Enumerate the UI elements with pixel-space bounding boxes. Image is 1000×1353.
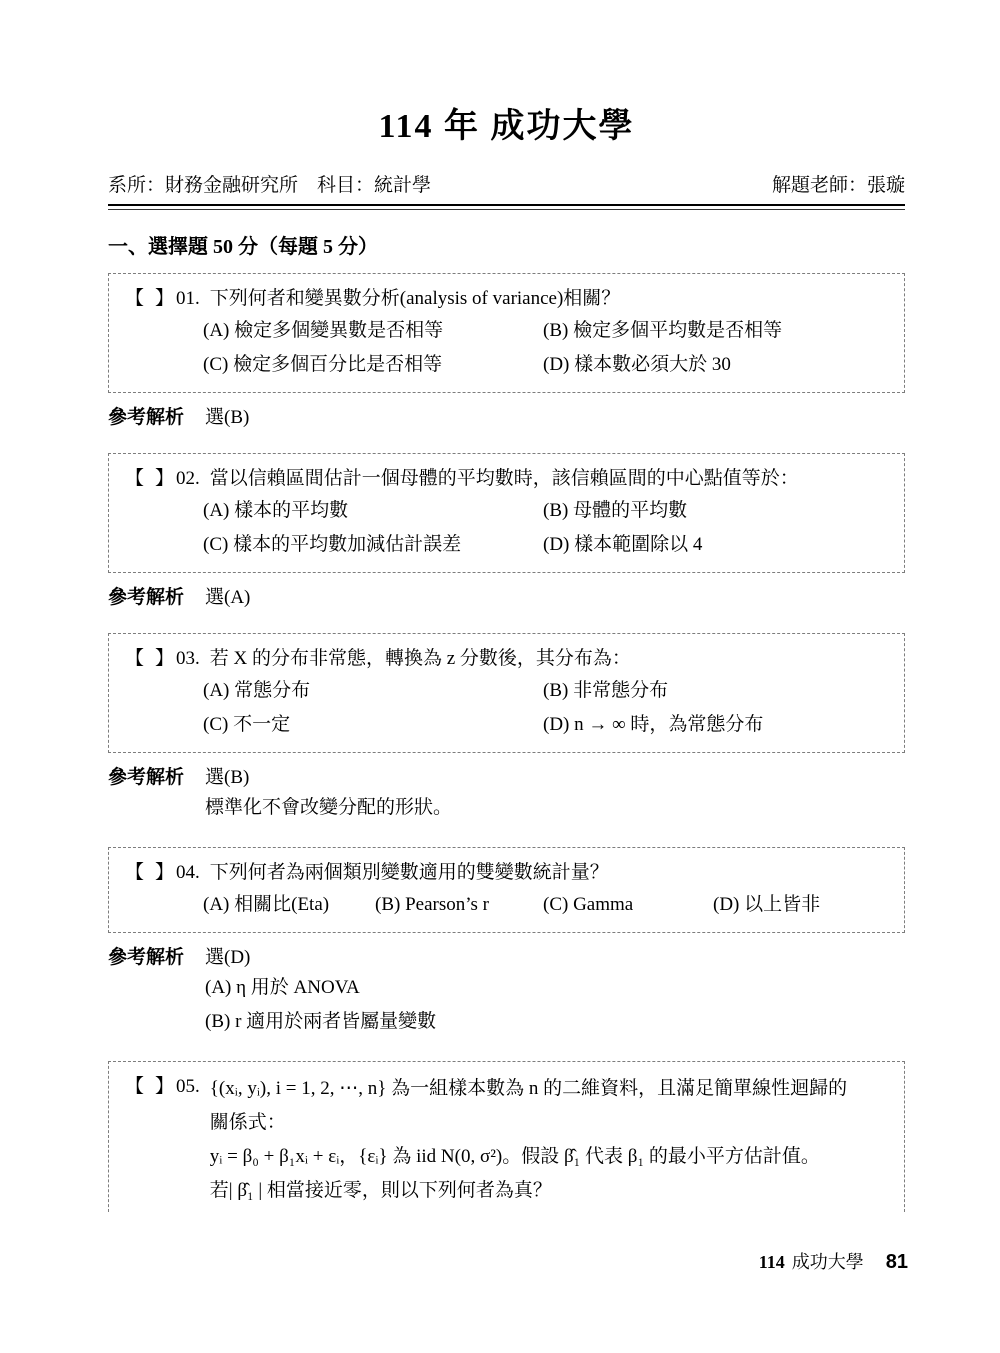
question-number: 05. bbox=[176, 1072, 200, 1208]
analysis-answer: 選(D) bbox=[205, 944, 905, 971]
analysis-note: (B) r 適用於兩者皆屬量變數 bbox=[205, 1005, 905, 1039]
option-b: (B) 非常態分布 bbox=[543, 674, 888, 708]
option-a: (A) 檢定多個變異數是否相等 bbox=[203, 314, 543, 348]
question-number: 01. bbox=[176, 284, 200, 314]
question-box-02: 【 】 02. 當以信賴區間估計一個母體的平均數時，該信賴區間的中心點值等於： … bbox=[108, 453, 905, 573]
option-c: (C) 樣本的平均數加減估計誤差 bbox=[203, 528, 543, 562]
question-03-options: (A) 常態分布 (B) 非常態分布 (C) 不一定 (D) n → ∞ 時，為… bbox=[203, 674, 888, 742]
option-b: (B) Pearson’s r bbox=[375, 888, 543, 922]
question-04-line: 【 】 04. 下列何者為兩個類別變數適用的雙變數統計量？ bbox=[125, 858, 888, 888]
answer-bracket: 【 】 bbox=[125, 644, 170, 674]
option-d: (D) 以上皆非 bbox=[713, 888, 888, 922]
question-text-line-4: 若| β̂₁ | 相當接近零，則以下列何者為真？ bbox=[210, 1174, 888, 1208]
question-01-options: (A) 檢定多個變異數是否相等 (B) 檢定多個平均數是否相等 (C) 檢定多個… bbox=[203, 314, 888, 382]
question-02-options: (A) 樣本的平均數 (B) 母體的平均數 (C) 樣本的平均數加減估計誤差 (… bbox=[203, 494, 888, 562]
analysis-answer: 選(B) bbox=[205, 764, 905, 791]
answer-bracket: 【 】 bbox=[125, 1072, 170, 1208]
answer-bracket: 【 】 bbox=[125, 858, 170, 888]
analysis-body: 選(B) 標準化不會改變分配的形狀。 bbox=[205, 764, 905, 825]
analysis-body: 選(A) bbox=[205, 584, 905, 611]
option-c: (C) Gamma bbox=[543, 888, 713, 922]
meta-solver-teacher: 解題老師：張璇 bbox=[772, 173, 905, 199]
question-04-options: (A) 相關比(Eta) (B) Pearson’s r (C) Gamma (… bbox=[203, 888, 888, 922]
question-box-03: 【 】 03. 若 X 的分布非常態，轉換為 z 分數後，其分布為： (A) 常… bbox=[108, 633, 905, 753]
option-c: (C) 不一定 bbox=[203, 708, 543, 742]
question-text: 下列何者為兩個類別變數適用的雙變數統計量？ bbox=[210, 858, 888, 888]
footer-volume: 114 bbox=[759, 1252, 785, 1272]
question-formula-line: yᵢ = β₀ + β₁xᵢ + εᵢ，{εᵢ} 為 iid N(0, σ²)。… bbox=[210, 1140, 888, 1174]
answer-bracket: 【 】 bbox=[125, 464, 170, 494]
option-a: (A) 樣本的平均數 bbox=[203, 494, 543, 528]
section-heading: 一、選擇題 50 分（每題 5 分） bbox=[108, 234, 905, 261]
question-text: {(xᵢ, yᵢ), i = 1, 2, ⋯, n} 為一組樣本數為 n 的二維… bbox=[210, 1072, 888, 1208]
option-d: (D) 樣本數必須大於 30 bbox=[543, 348, 888, 382]
question-number: 03. bbox=[176, 644, 200, 674]
question-05-line: 【 】 05. {(xᵢ, yᵢ), i = 1, 2, ⋯, n} 為一組樣本… bbox=[125, 1072, 888, 1208]
analysis-note: (A) η 用於 ANOVA bbox=[205, 971, 905, 1005]
analysis-04: 參考解析 選(D) (A) η 用於 ANOVA (B) r 適用於兩者皆屬量變… bbox=[108, 944, 905, 1039]
analysis-01: 參考解析 選(B) bbox=[108, 404, 905, 431]
question-02-line: 【 】 02. 當以信賴區間估計一個母體的平均數時，該信賴區間的中心點值等於： bbox=[125, 464, 888, 494]
analysis-body: 選(B) bbox=[205, 404, 905, 431]
option-b: (B) 母體的平均數 bbox=[543, 494, 888, 528]
analysis-answer: 選(A) bbox=[205, 584, 905, 611]
divider-thick-line bbox=[108, 204, 905, 206]
question-text: 當以信賴區間估計一個母體的平均數時，該信賴區間的中心點值等於： bbox=[210, 464, 888, 494]
question-text-line-1: {(xᵢ, yᵢ), i = 1, 2, ⋯, n} 為一組樣本數為 n 的二維… bbox=[210, 1072, 888, 1106]
question-text-line-2: 關係式： bbox=[210, 1106, 888, 1140]
option-c: (C) 檢定多個百分比是否相等 bbox=[203, 348, 543, 382]
footer-school: 成功大學 bbox=[792, 1252, 864, 1272]
footer-page-number: 81 bbox=[886, 1251, 908, 1273]
analysis-label: 參考解析 bbox=[108, 584, 205, 611]
page-footer: 114成功大學81 bbox=[759, 1250, 908, 1274]
analysis-03: 參考解析 選(B) 標準化不會改變分配的形狀。 bbox=[108, 764, 905, 825]
meta-department-subject: 系所：財務金融研究所 科目：統計學 bbox=[108, 173, 431, 199]
exam-page-content: 114 年 成功大學 系所：財務金融研究所 科目：統計學 解題老師：張璇 一、選… bbox=[108, 0, 905, 1212]
question-01-line: 【 】 01. 下列何者和變異數分析(analysis of variance)… bbox=[125, 284, 888, 314]
question-text: 下列何者和變異數分析(analysis of variance)相關？ bbox=[210, 284, 888, 314]
option-a: (A) 常態分布 bbox=[203, 674, 543, 708]
divider-thin-line bbox=[108, 209, 905, 210]
header-divider bbox=[108, 204, 905, 210]
question-box-05: 【 】 05. {(xᵢ, yᵢ), i = 1, 2, ⋯, n} 為一組樣本… bbox=[108, 1061, 905, 1212]
analysis-answer: 選(B) bbox=[205, 404, 905, 431]
analysis-label: 參考解析 bbox=[108, 404, 205, 431]
analysis-02: 參考解析 選(A) bbox=[108, 584, 905, 611]
page-title: 114 年 成功大學 bbox=[108, 0, 905, 149]
analysis-label: 參考解析 bbox=[108, 764, 205, 825]
question-text: 若 X 的分布非常態，轉換為 z 分數後，其分布為： bbox=[210, 644, 888, 674]
question-number: 02. bbox=[176, 464, 200, 494]
question-box-01: 【 】 01. 下列何者和變異數分析(analysis of variance)… bbox=[108, 273, 905, 393]
analysis-note: 標準化不會改變分配的形狀。 bbox=[205, 791, 905, 825]
answer-bracket: 【 】 bbox=[125, 284, 170, 314]
option-a: (A) 相關比(Eta) bbox=[203, 888, 375, 922]
question-03-line: 【 】 03. 若 X 的分布非常態，轉換為 z 分數後，其分布為： bbox=[125, 644, 888, 674]
question-box-04: 【 】 04. 下列何者為兩個類別變數適用的雙變數統計量？ (A) 相關比(Et… bbox=[108, 847, 905, 933]
option-d: (D) n → ∞ 時，為常態分布 bbox=[543, 708, 888, 742]
option-b: (B) 檢定多個平均數是否相等 bbox=[543, 314, 888, 348]
analysis-label: 參考解析 bbox=[108, 944, 205, 1039]
analysis-body: 選(D) (A) η 用於 ANOVA (B) r 適用於兩者皆屬量變數 bbox=[205, 944, 905, 1039]
exam-meta-row: 系所：財務金融研究所 科目：統計學 解題老師：張璇 bbox=[108, 173, 905, 199]
option-d: (D) 樣本範圍除以 4 bbox=[543, 528, 888, 562]
question-number: 04. bbox=[176, 858, 200, 888]
